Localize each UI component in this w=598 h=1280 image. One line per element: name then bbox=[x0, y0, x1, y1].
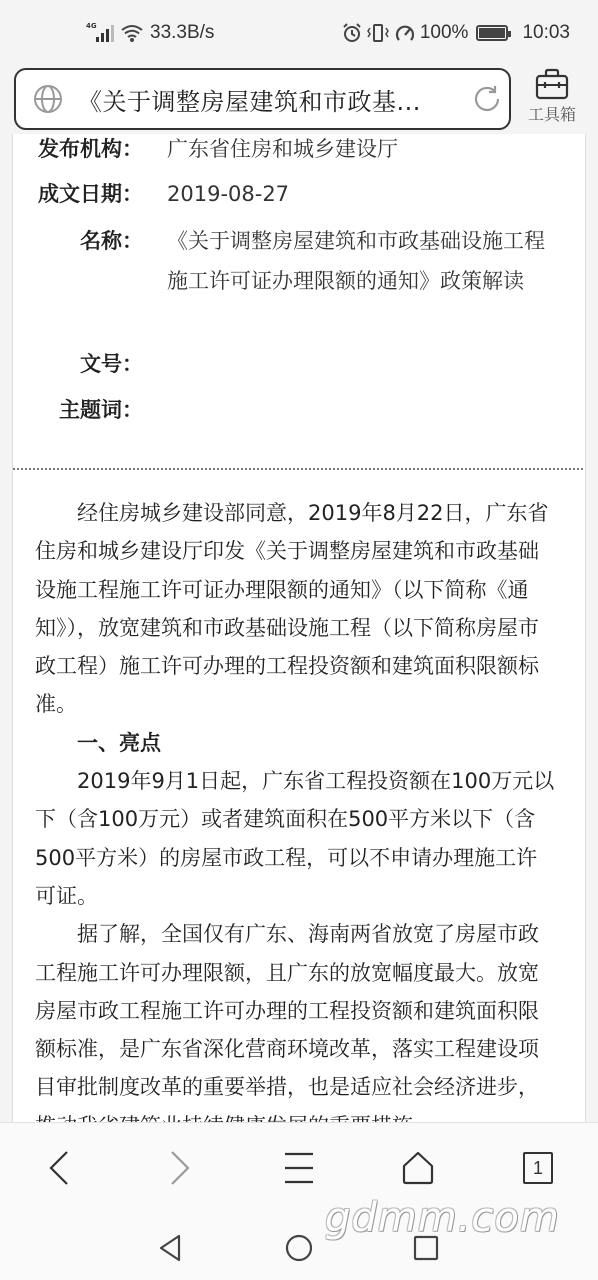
meta-value: 2019-08-27 bbox=[167, 174, 547, 214]
reload-icon[interactable] bbox=[470, 82, 504, 116]
globe-icon bbox=[32, 83, 64, 115]
address-bar: 《关于调整房屋建筑和市政基... 工具箱 bbox=[0, 64, 598, 134]
meta-value: 广东省住房和城乡建设厅 bbox=[167, 134, 547, 169]
hamburger-menu-icon bbox=[283, 1151, 315, 1185]
meta-row-doc-number: 文号： bbox=[13, 344, 586, 384]
status-bar: 4G 33.3B/s 100% 10:03 bbox=[0, 0, 598, 64]
circle-home-icon bbox=[284, 1233, 314, 1263]
article-body: 经住房城乡建设部同意，2019年8月22日，广东省住房和城乡建设厅印发《关于调整… bbox=[35, 494, 555, 1122]
clock: 10:03 bbox=[522, 22, 570, 44]
meta-label: 名称： bbox=[13, 221, 143, 301]
meta-row-keywords: 主题词： bbox=[13, 390, 586, 430]
chevron-right-icon bbox=[168, 1150, 192, 1186]
meta-row-publisher: 发布机构： 广东省住房和城乡建设厅 bbox=[13, 134, 586, 169]
battery-icon bbox=[476, 25, 508, 41]
forward-button[interactable] bbox=[155, 1143, 205, 1193]
toolbox-icon bbox=[535, 68, 569, 100]
wifi-icon bbox=[120, 23, 144, 43]
meta-label: 主题词： bbox=[13, 390, 143, 430]
back-button[interactable] bbox=[34, 1143, 84, 1193]
paragraph: 2019年9月1日起，广东省工程投资额在100万元以下（含100万元）或者建筑面… bbox=[35, 762, 555, 915]
paragraph: 经住房城乡建设部同意，2019年8月22日，广东省住房和城乡建设厅印发《关于调整… bbox=[35, 494, 555, 724]
battery-percent: 100% bbox=[420, 22, 469, 44]
vibrate-icon bbox=[366, 23, 390, 43]
meta-row-name: 名称： 《关于调整房屋建筑和市政基础设施工程施工许可证办理限额的通知》政策解读 bbox=[13, 221, 586, 301]
meta-label: 文号： bbox=[13, 344, 143, 384]
menu-button[interactable] bbox=[274, 1143, 324, 1193]
meta-value bbox=[167, 390, 547, 430]
section-heading: 一、亮点 bbox=[35, 724, 555, 762]
paragraph: 据了解，全国仅有广东、海南两省放宽了房屋市政工程施工许可办理限额，且广东的放宽幅… bbox=[35, 915, 555, 1122]
toolbox-label: 工具箱 bbox=[520, 102, 584, 125]
network-speed: 33.3B/s bbox=[150, 22, 214, 44]
dotted-divider bbox=[13, 468, 586, 470]
data-saver-icon bbox=[394, 23, 416, 43]
meta-label: 成文日期： bbox=[13, 174, 143, 214]
document-metadata: 发布机构： 广东省住房和城乡建设厅 成文日期： 2019-08-27 名称： 《… bbox=[13, 134, 585, 468]
url-field[interactable]: 《关于调整房屋建筑和市政基... bbox=[14, 68, 511, 130]
meta-label: 发布机构： bbox=[13, 134, 143, 169]
toolbox-button[interactable]: 工具箱 bbox=[520, 68, 584, 132]
document-card: 发布机构： 广东省住房和城乡建设厅 成文日期： 2019-08-27 名称： 《… bbox=[12, 134, 586, 1122]
watermark: gdmm.com bbox=[325, 1195, 560, 1241]
url-title[interactable]: 《关于调整房屋建筑和市政基... bbox=[78, 82, 458, 117]
meta-value: 《关于调整房屋建筑和市政基础设施工程施工许可证办理限额的通知》政策解读 bbox=[167, 221, 547, 301]
meta-row-date: 成文日期： 2019-08-27 bbox=[13, 174, 586, 214]
tab-count: 1 bbox=[523, 1152, 553, 1184]
home-icon bbox=[401, 1151, 435, 1185]
network-type-label: 4G bbox=[86, 22, 97, 30]
meta-value bbox=[167, 344, 547, 384]
cellular-signal-icon: 4G bbox=[86, 24, 114, 42]
tabs-button[interactable]: 1 bbox=[513, 1143, 563, 1193]
chevron-left-icon bbox=[47, 1150, 71, 1186]
system-back-button[interactable] bbox=[150, 1228, 190, 1268]
alarm-icon bbox=[342, 23, 362, 43]
system-home-button[interactable] bbox=[279, 1228, 319, 1268]
triangle-back-icon bbox=[157, 1233, 183, 1263]
home-button[interactable] bbox=[393, 1143, 443, 1193]
